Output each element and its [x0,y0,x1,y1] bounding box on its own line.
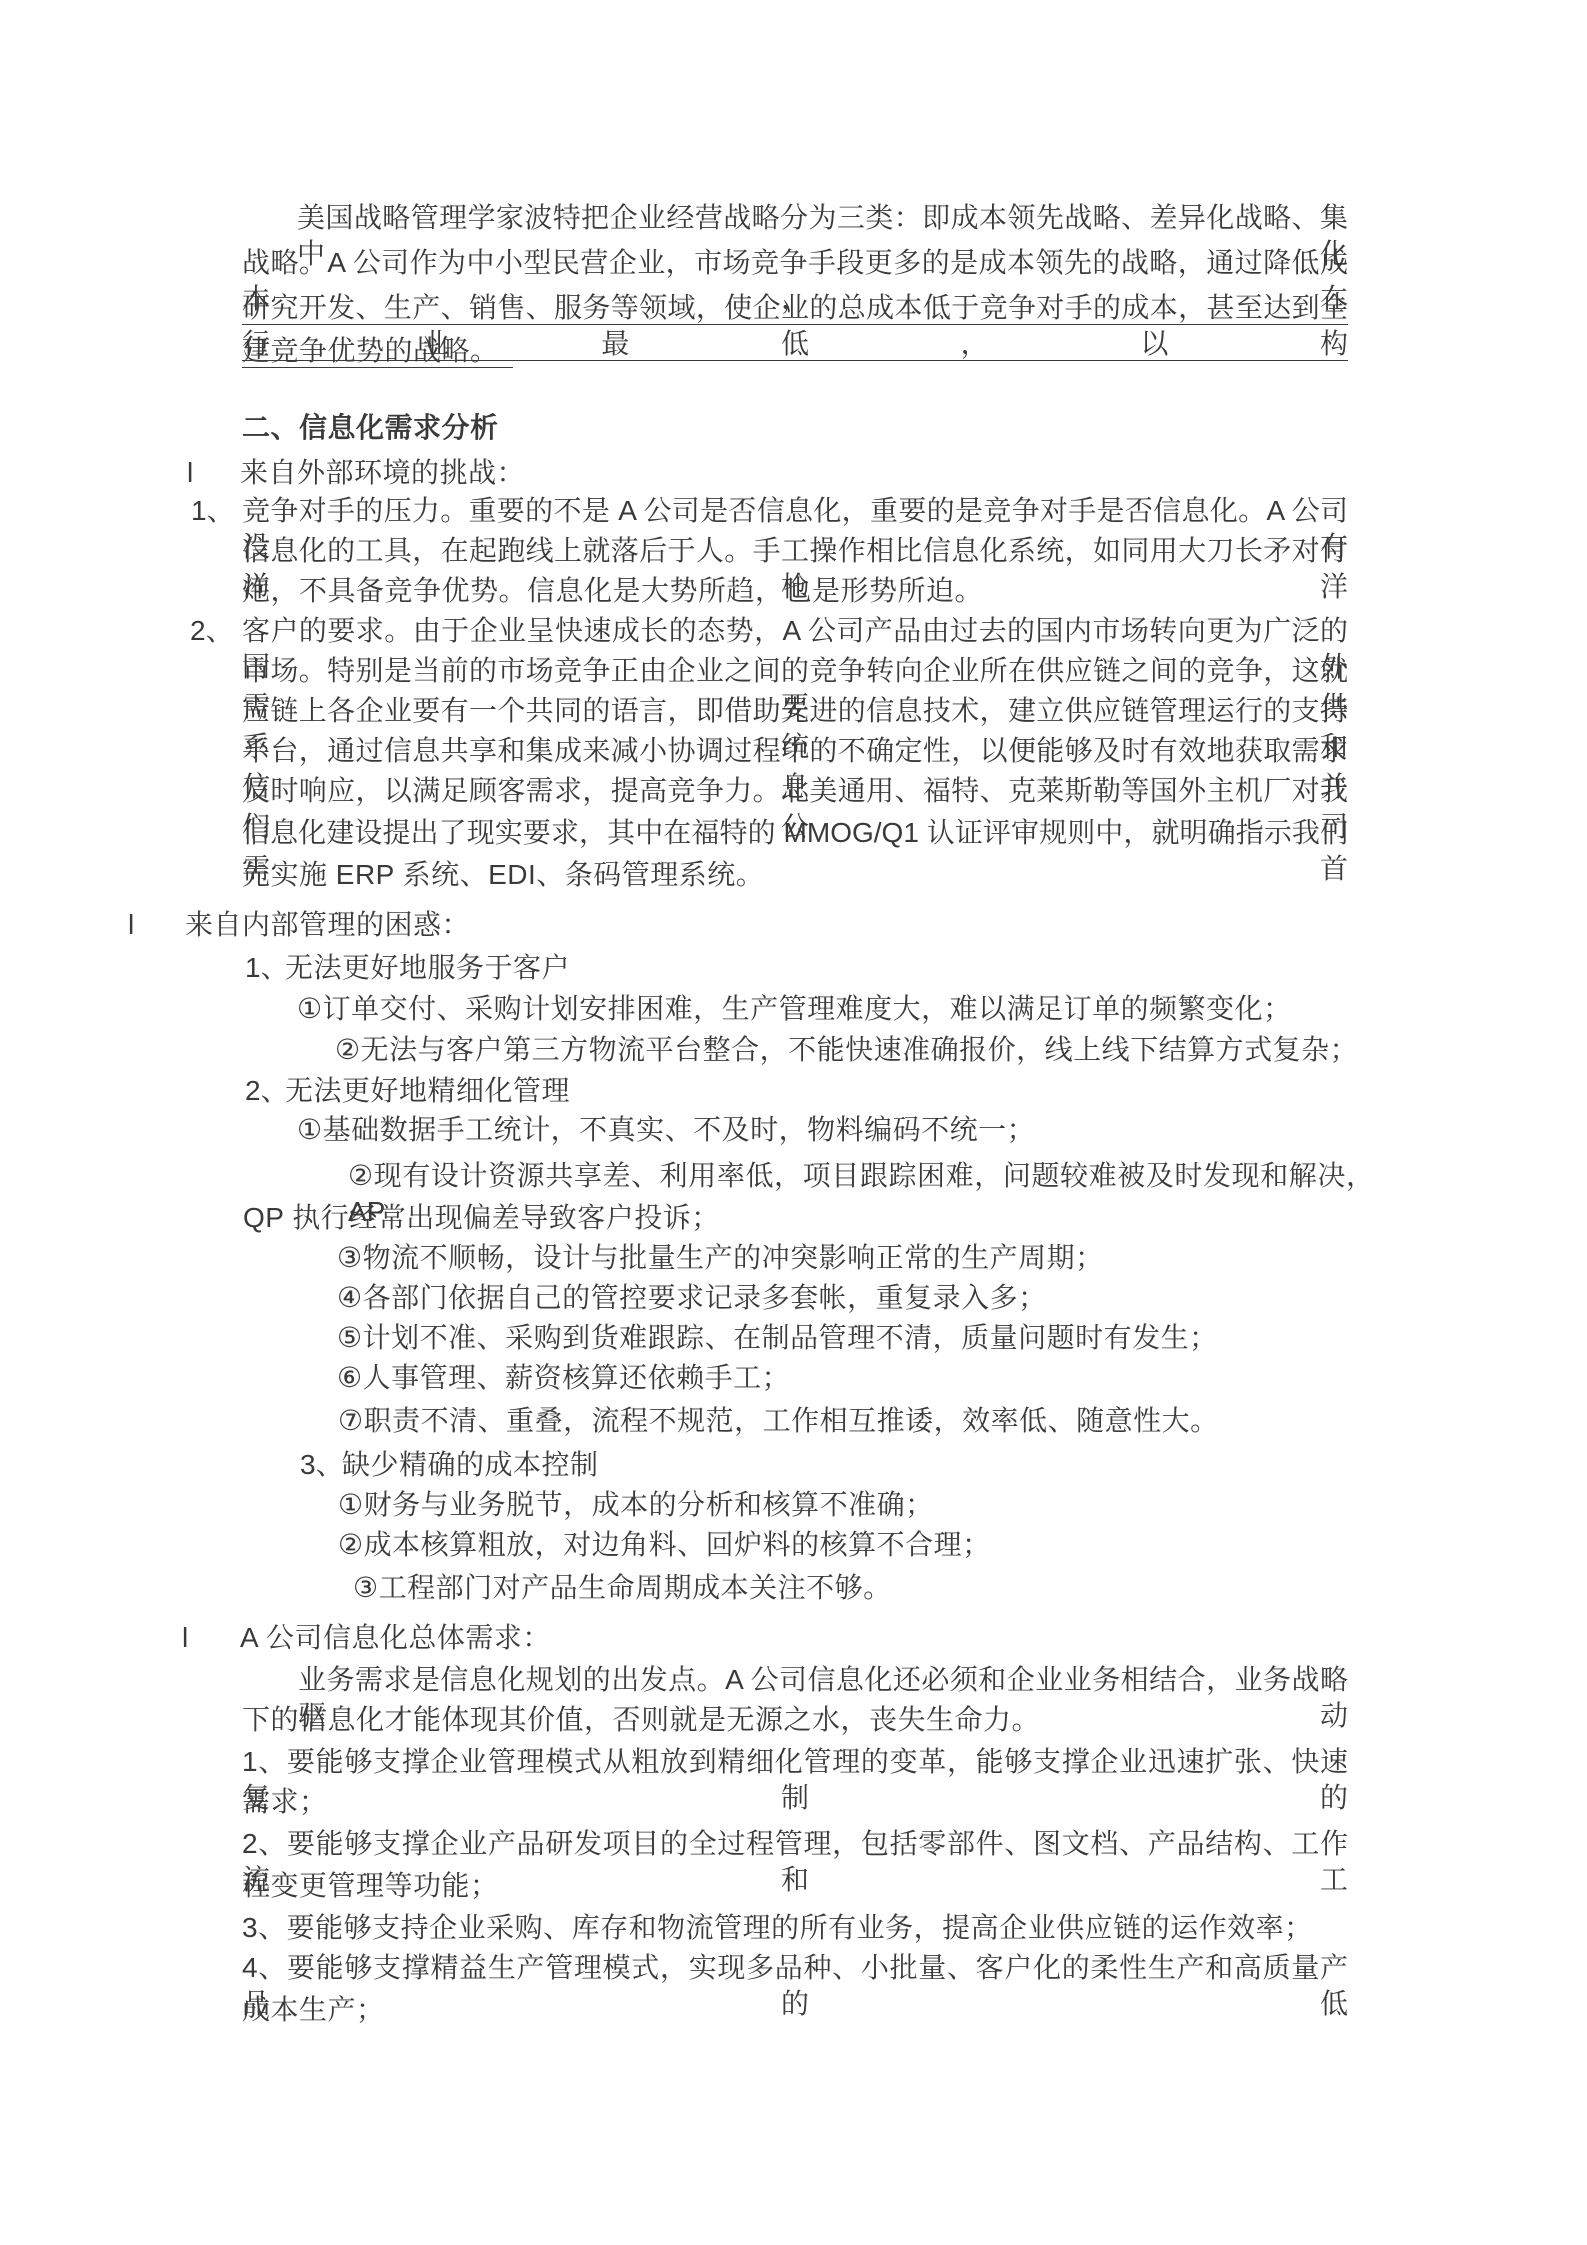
text-line: 下的信息化才能体现其价值，否则就是无源之水，丧失生命力。 [242,1702,1040,1738]
text-line: ①基础数据手工统计，不真实、不及时，物料编码不统一； [297,1112,1035,1148]
text-line: 程变更管理等功能； [242,1868,499,1904]
list-number: 3、 [300,1447,344,1483]
text-line: 成本生产； [242,1992,385,2028]
text-line: ⑥人事管理、薪资核算还依赖手工； [337,1360,790,1396]
text-line: 建竞争优势的战略。 [242,333,513,369]
list-number: 2、 [245,1073,289,1109]
text-line: QP 执行经常出现偏差导致客户投诉； [243,1200,720,1236]
text-line: 先实施 ERP 系统、EDI、条码管理系统。 [242,857,764,893]
text-line: ④各部门依据自己的管控要求记录多套帐，重复录入多； [337,1280,1047,1316]
bullet-marker: l [128,907,134,943]
bullet-marker: l [182,1620,188,1656]
text-line: ②无法与客户第三方物流平台整合，不能快速准确报价，线上线下结算方式复杂； [335,1032,1358,1068]
text-line: 3、要能够支持企业采购、库存和物流管理的所有业务，提高企业供应链的运作效率； [242,1910,1313,1946]
text-line: 炮，不具备竞争优势。信息化是大势所趋，也是形势所迫。 [242,573,983,609]
bullet-marker: l [187,455,193,491]
text-line: ①财务与业务脱节，成本的分析和核算不准确； [338,1487,934,1523]
text-line: 来自外部环境的挑战： [240,455,525,491]
text-line: 需求； [242,1784,328,1820]
text-line: ③物流不顺畅，设计与批量生产的冲突影响正常的生产周期； [337,1240,1104,1276]
section-heading: 二、信息化需求分析 [242,410,499,446]
document-page: 美国战略管理学家波特把企业经营战略分为三类：即成本领先战略、差异化战略、集中化战… [0,0,1587,2245]
text-line: 来自内部管理的困惑： [185,907,470,943]
text-line: 1、要能够支撑企业管理模式从粗放到精细化管理的变革，能够支撑企业迅速扩张、快速复… [242,1744,1348,1816]
text-line: ②成本核算粗放，对边角料、回炉料的核算不合理； [338,1527,991,1563]
text-line: ①订单交付、采购计划安排困难，生产管理难度大，难以满足订单的频繁变化； [297,991,1292,1027]
text-line: 缺少精确的成本控制 [342,1447,599,1483]
list-number: 2、 [190,613,234,649]
text-line: ⑤计划不准、采购到货难跟踪、在制品管理不清，质量问题时有发生； [337,1320,1218,1356]
text-line: 无法更好地精细化管理 [285,1073,570,1109]
text-line: 无法更好地服务于客户 [285,950,570,986]
list-number: 1、 [245,950,289,986]
text-line: ⑦职责不清、重叠，流程不规范，工作相互推诿，效率低、随意性大。 [338,1403,1219,1439]
text-line: ③工程部门对产品生命周期成本关注不够。 [353,1570,892,1606]
text-line: A 公司信息化总体需求： [240,1620,551,1656]
text-line: 4、要能够支撑精益生产管理模式，实现多品种、小批量、客户化的柔性生产和高质量产品… [242,1950,1348,2022]
list-number: 1、 [191,493,235,529]
